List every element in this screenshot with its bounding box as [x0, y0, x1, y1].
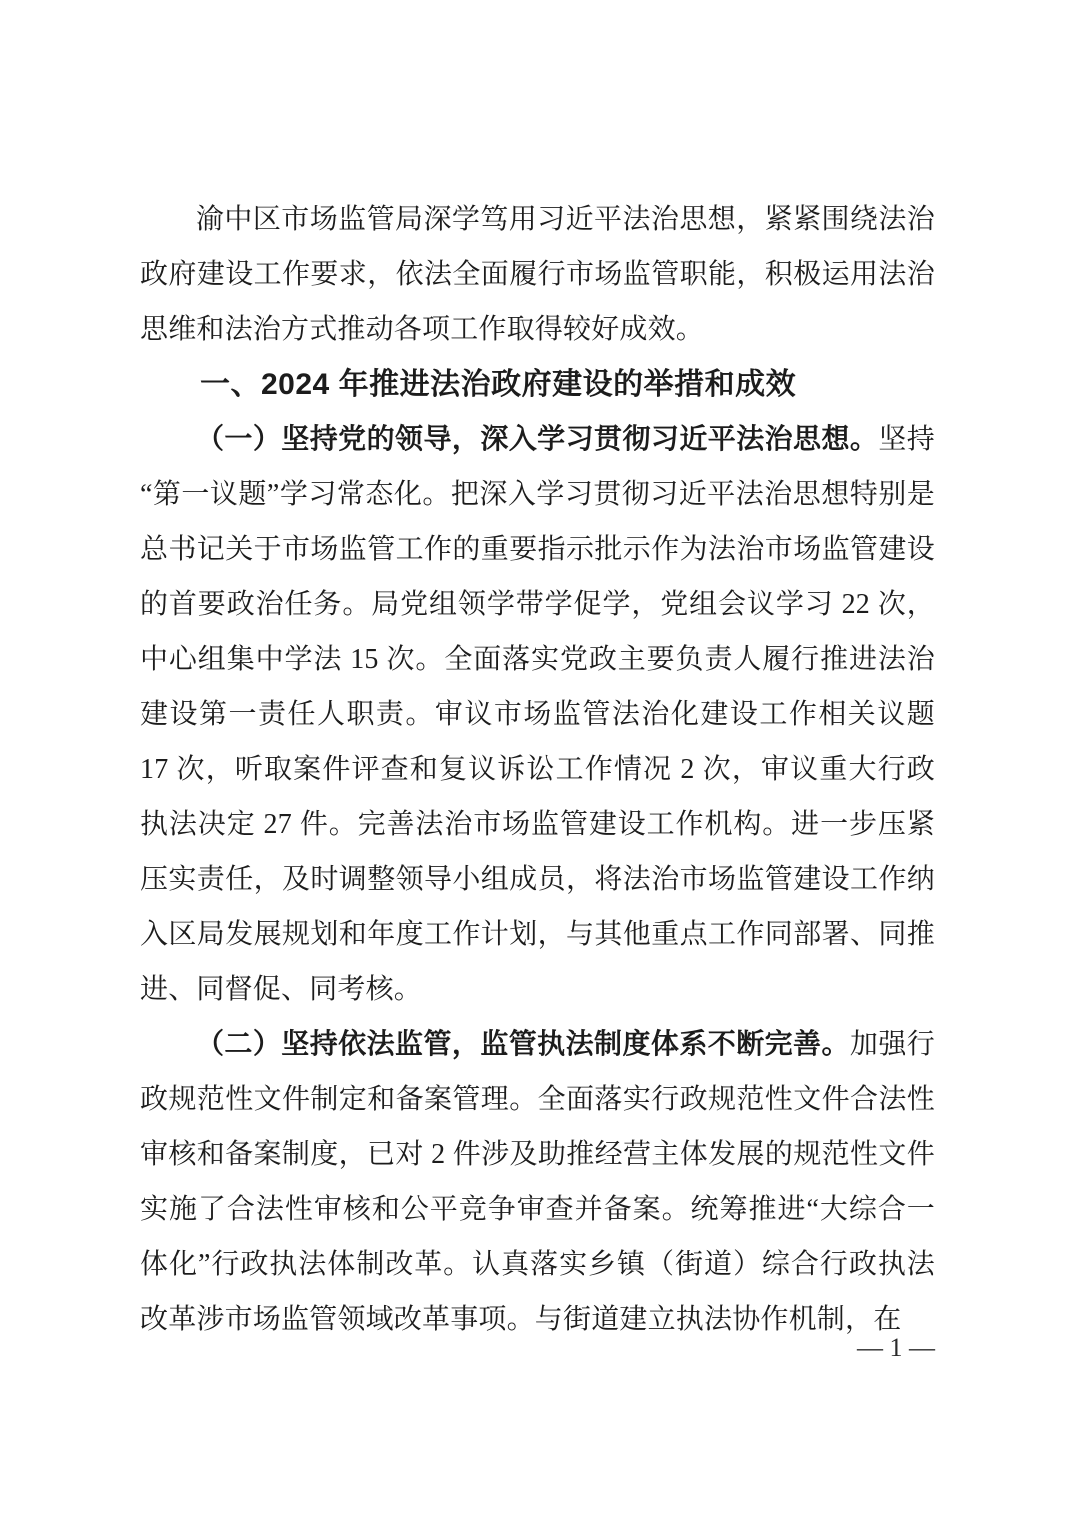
emphasis-text: （一）坚持党的领导，深入学习贯彻习近平法治思想。 — [196, 424, 878, 455]
body-text: 坚持“第一议题”学习常态化。把深入学习贯彻习近平法治思想特别是总书记关于市场监管… — [140, 424, 935, 1005]
document-body: 渝中区市场监管局深学笃用习近平法治思想，紧紧围绕法治政府建设工作要求，依法全面履… — [140, 192, 935, 1347]
body-text: 加强行政规范性文件制定和备案管理。全面落实行政规范性文件合法性审核和备案制度，已… — [140, 1029, 935, 1335]
section-heading: 一、2024 年推进法治政府建设的举措和成效 — [140, 357, 935, 412]
paragraph: 渝中区市场监管局深学笃用习近平法治思想，紧紧围绕法治政府建设工作要求，依法全面履… — [140, 192, 935, 357]
emphasis-text: 一、2024 年推进法治政府建设的举措和成效 — [200, 368, 796, 401]
page-number: — 1 — — [857, 1328, 935, 1368]
paragraph: （一）坚持党的领导，深入学习贯彻习近平法治思想。坚持“第一议题”学习常态化。把深… — [140, 412, 935, 1017]
emphasis-text: （二）坚持依法监管，监管执法制度体系不断完善。 — [196, 1029, 850, 1060]
body-text: 渝中区市场监管局深学笃用习近平法治思想，紧紧围绕法治政府建设工作要求，依法全面履… — [140, 204, 935, 345]
document-page: 渝中区市场监管局深学笃用习近平法治思想，紧紧围绕法治政府建设工作要求，依法全面履… — [0, 0, 1074, 1520]
paragraph: （二）坚持依法监管，监管执法制度体系不断完善。加强行政规范性文件制定和备案管理。… — [140, 1017, 935, 1347]
